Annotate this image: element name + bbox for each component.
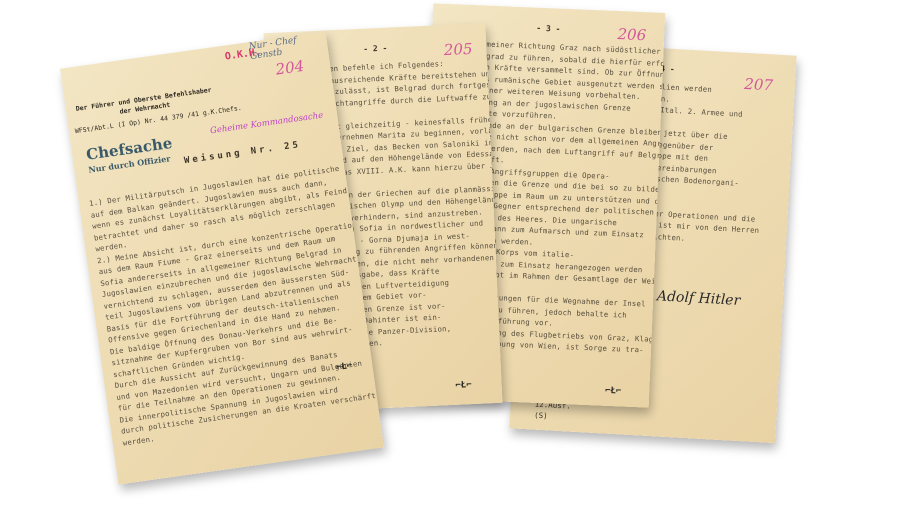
page-body: 1.) Der Militärputsch in Jugoslawien hat… [78, 157, 383, 450]
distribution-entry: (S) [534, 410, 593, 424]
chefsache-stamp: Chefsache Nur durch Offizier [85, 136, 175, 178]
initials-mark: ⌐Ł⌐ [605, 386, 622, 397]
signature: Adolf Hitler [657, 288, 741, 309]
folio-number: 206 [617, 25, 646, 44]
folio-number: 204 [274, 57, 305, 79]
initials-mark: ⌐Ł⌐ [455, 380, 472, 391]
pen-annotation: Nur - Chef Genstb [248, 31, 328, 62]
directive-title: Weisung Nr. 25 [183, 140, 301, 166]
